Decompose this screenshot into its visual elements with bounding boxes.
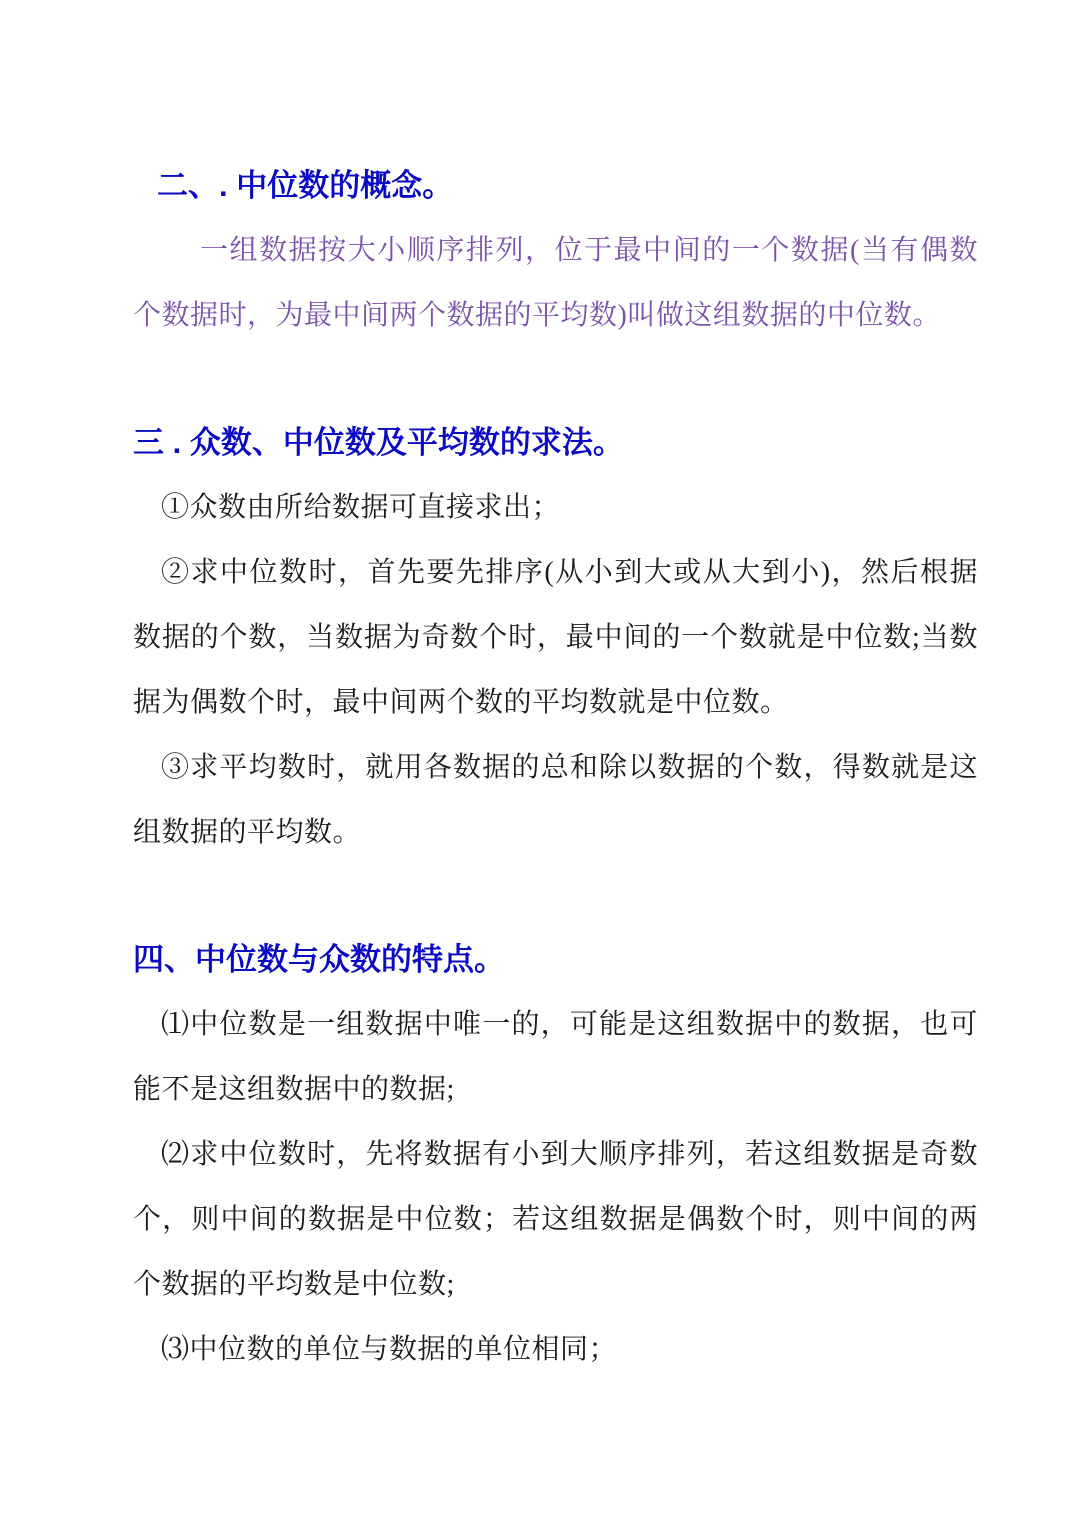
feature-item-1-line-1: ⑴中位数是一组数据中唯一的，可能是这组数据中的数据，也可	[133, 992, 978, 1057]
section-3-heading: 三 . 众数、中位数及平均数的求法。	[133, 410, 978, 475]
feature-item-2-line-3: 个数据的平均数是中位数;	[133, 1252, 978, 1317]
median-concept-line-1: 一组数据按大小顺序排列，位于最中间的一个数据(当有偶数	[133, 218, 978, 283]
feature-item-3: ⑶中位数的单位与数据的单位相同；	[133, 1317, 978, 1382]
method-item-3-line-2: 组数据的平均数。	[133, 800, 978, 865]
section-spacer	[133, 348, 978, 410]
feature-item-2-line-2: 个，则中间的数据是中位数；若这组数据是偶数个时，则中间的两	[133, 1187, 978, 1252]
median-concept-line-2: 个数据时，为最中间两个数据的平均数)叫做这组数据的中位数。	[133, 283, 978, 348]
section-spacer	[133, 865, 978, 927]
section-2-heading: 二、. 中位数的概念。	[133, 153, 978, 218]
method-item-2-line-1: ②求中位数时，首先要先排序(从小到大或从大到小)，然后根据	[133, 540, 978, 605]
method-item-1: ①众数由所给数据可直接求出；	[133, 475, 978, 540]
section-4-heading: 四、中位数与众数的特点。	[133, 927, 978, 992]
method-item-2-line-2: 数据的个数，当数据为奇数个时，最中间的一个数就是中位数;当数	[133, 605, 978, 670]
document-page: 二、. 中位数的概念。 一组数据按大小顺序排列，位于最中间的一个数据(当有偶数 …	[0, 0, 1080, 1526]
method-item-3-line-1: ③求平均数时，就用各数据的总和除以数据的个数，得数就是这	[133, 735, 978, 800]
method-item-2-line-3: 据为偶数个时，最中间两个数的平均数就是中位数。	[133, 670, 978, 735]
feature-item-2-line-1: ⑵求中位数时，先将数据有小到大顺序排列，若这组数据是奇数	[133, 1122, 978, 1187]
feature-item-1-line-2: 能不是这组数据中的数据;	[133, 1057, 978, 1122]
